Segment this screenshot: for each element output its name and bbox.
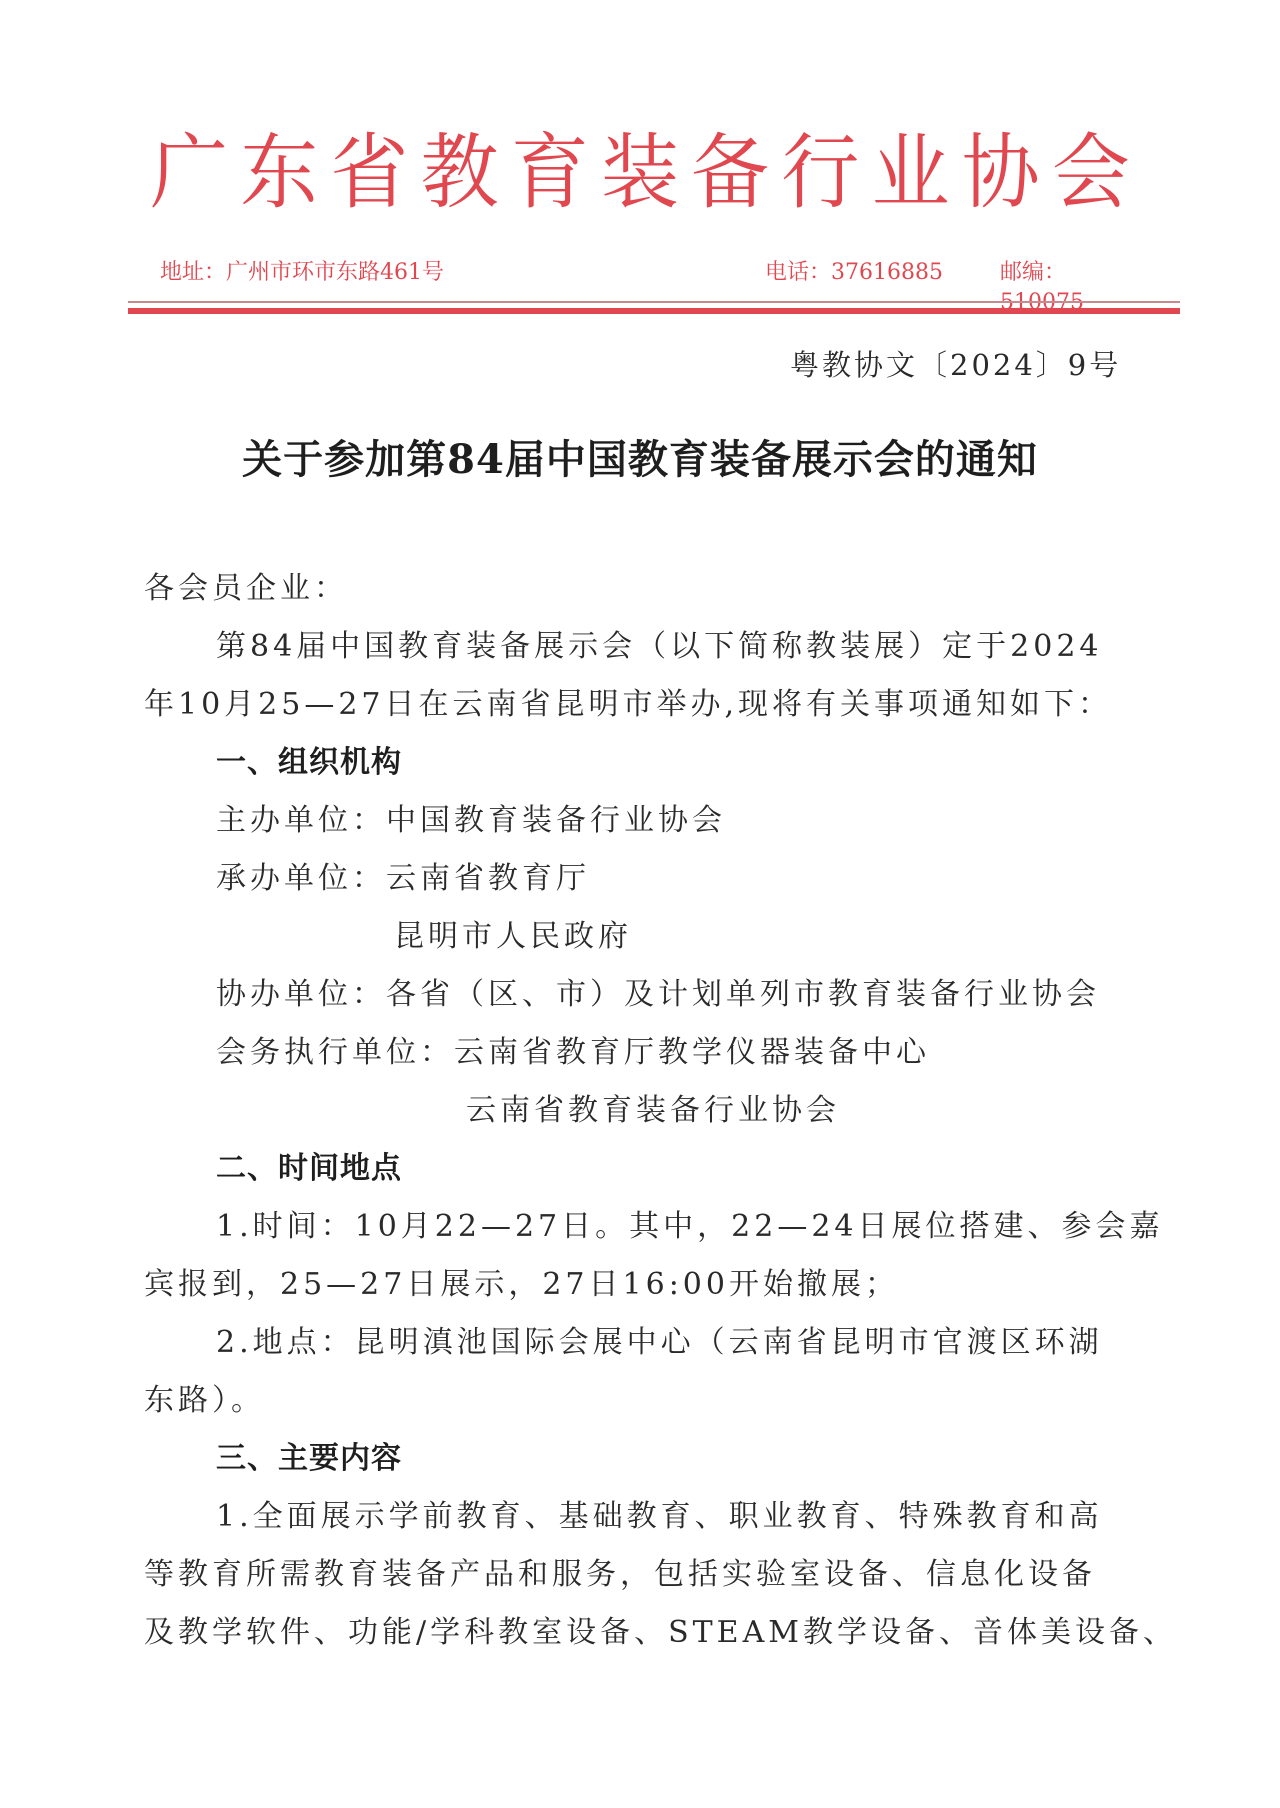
organizer-unit-continued: 昆明市人民政府	[394, 908, 632, 966]
executor-unit: 会务执行单位：云南省教育厅教学仪器装备中心	[216, 1024, 930, 1082]
section-heading-organization: 一、组织机构	[216, 734, 402, 792]
letterhead-char: 协	[962, 126, 1040, 221]
letterhead-char: 育	[511, 126, 589, 221]
letterhead-char: 备	[691, 126, 769, 221]
host-unit: 主办单位：中国教育装备行业协会	[216, 792, 726, 850]
letterhead-char: 东	[240, 126, 318, 221]
letterhead-char: 业	[872, 126, 950, 221]
intro-line: 年10月25—27日在云南省昆明市举办,现将有关事项通知如下：	[144, 676, 1112, 734]
time-detail: 1.时间：10月22—27日。其中，22—24日展位搭建、参会嘉	[216, 1198, 1164, 1256]
time-detail-continued: 宾报到，25—27日展示，27日16:00开始撤展；	[144, 1256, 899, 1314]
place-detail-continued: 东路）。	[144, 1372, 265, 1430]
letterhead-char: 省	[330, 126, 408, 221]
document-page: 广 东 省 教 育 装 备 行 业 协 会 地址：广州市环市东路461号 电话：…	[0, 0, 1280, 1808]
co-organizer-unit: 协办单位：各省（区、市）及计划单列市教育装备行业协会	[216, 966, 1100, 1024]
letterhead-char: 广	[150, 126, 228, 221]
intro-line: 第84届中国教育装备展示会（以下简称教装展）定于2024	[216, 618, 1103, 676]
letterhead-address: 地址：广州市环市东路461号	[160, 258, 444, 288]
letterhead-char: 教	[421, 126, 499, 221]
section-heading-main-content: 三、主要内容	[216, 1430, 402, 1488]
letterhead-organization-name: 广 东 省 教 育 装 备 行 业 协 会	[150, 128, 1130, 218]
letterhead-divider-thin	[128, 301, 1180, 303]
letterhead-char: 行	[781, 126, 859, 221]
letterhead-divider-thick	[128, 308, 1180, 314]
letterhead-char: 装	[601, 126, 679, 221]
document-number: 粤教协文〔2024〕9号	[790, 345, 1121, 385]
section-heading-time-place: 二、时间地点	[216, 1140, 402, 1198]
content-item-continued: 及教学软件、功能/学科教室设备、STEAM教学设备、音体美设备、	[144, 1604, 1177, 1662]
salutation: 各会员企业：	[144, 560, 348, 618]
letterhead-phone: 电话：37616885	[765, 258, 943, 288]
content-item-continued: 等教育所需教育装备产品和服务，包括实验室设备、信息化设备	[144, 1546, 1096, 1604]
letterhead-char: 会	[1052, 126, 1130, 221]
content-item: 1.全面展示学前教育、基础教育、职业教育、特殊教育和高	[216, 1488, 1103, 1546]
executor-unit-continued: 云南省教育装备行业协会	[466, 1082, 840, 1140]
document-title: 关于参加第84届中国教育装备展示会的通知	[0, 432, 1280, 488]
organizer-unit: 承办单位：云南省教育厅	[216, 850, 590, 908]
place-detail: 2.地点：昆明滇池国际会展中心（云南省昆明市官渡区环湖	[216, 1314, 1103, 1372]
